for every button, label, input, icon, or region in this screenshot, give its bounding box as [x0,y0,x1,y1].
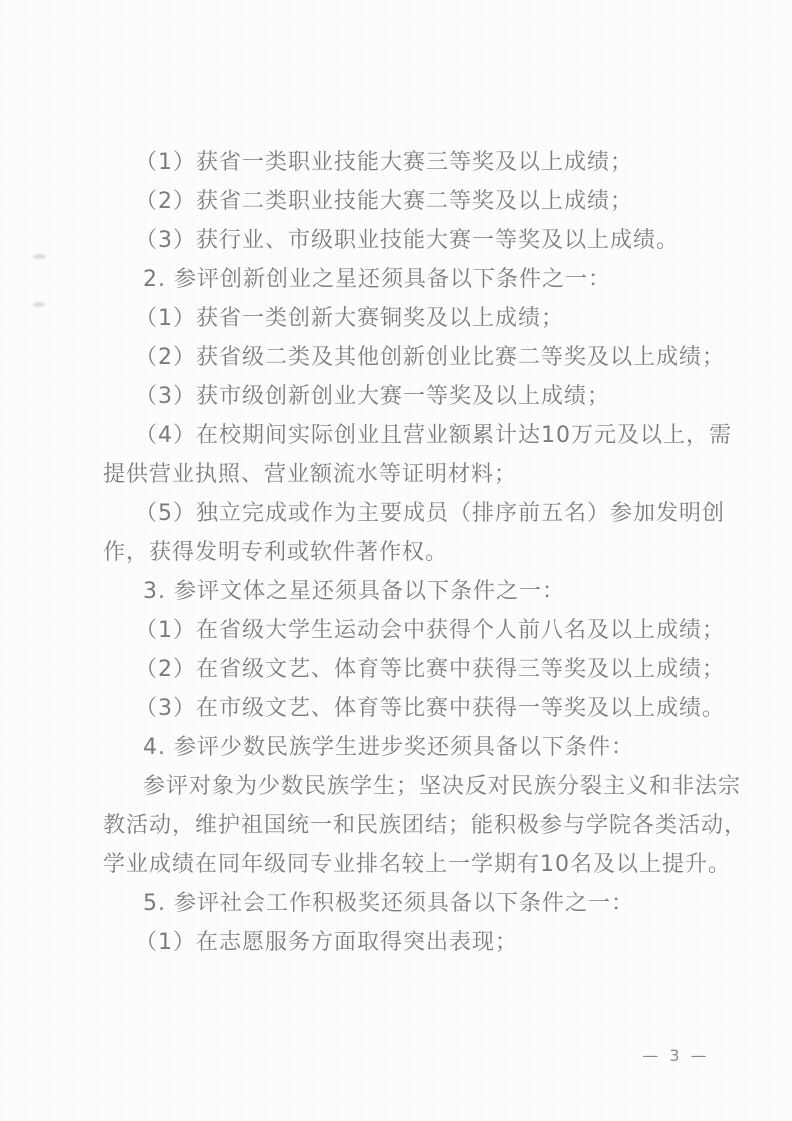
text-line: （1）获省一类职业技能大赛三等奖及以上成绩； [103,143,703,182]
text-line: 3. 参评文体之星还须具备以下条件之一： [103,572,703,611]
document-page: （1）获省一类职业技能大赛三等奖及以上成绩； （2）获省二类职业技能大赛二等奖及… [0,0,792,1121]
text-line: 2. 参评创新创业之星还须具备以下条件之一： [103,260,703,299]
text-line: （3）在市级文艺、体育等比赛中获得一等奖及以上成绩。 [103,689,703,728]
text-line: 参评对象为少数民族学生；坚决反对民族分裂主义和非法宗 [103,767,703,806]
text-line: （2）获省二类职业技能大赛二等奖及以上成绩； [103,182,703,221]
text-line: 提供营业执照、营业额流水等证明材料； [103,455,703,494]
text-line: （2）获省级二类及其他创新创业比赛二等奖及以上成绩； [103,338,703,377]
scan-smudge-artifact [33,302,45,307]
text-line: 5. 参评社会工作积极奖还须具备以下条件之一： [103,884,703,923]
document-body: （1）获省一类职业技能大赛三等奖及以上成绩； （2）获省二类职业技能大赛二等奖及… [103,143,703,962]
text-line: （1）获省一类创新大赛铜奖及以上成绩； [103,299,703,338]
text-line: （5）独立完成或作为主要成员（排序前五名）参加发明创 [103,494,703,533]
text-line: （2）在省级文艺、体育等比赛中获得三等奖及以上成绩； [103,650,703,689]
text-line: （3）获市级创新创业大赛一等奖及以上成绩； [103,377,703,416]
text-line: （1）在省级大学生运动会中获得个人前八名及以上成绩； [103,611,703,650]
text-line: （4）在校期间实际创业且营业额累计达10万元及以上，需 [103,416,703,455]
text-line: （1）在志愿服务方面取得突出表现； [103,923,703,962]
text-line: 教活动，维护祖国统一和民族团结；能积极参与学院各类活动， [103,806,703,845]
text-line: 学业成绩在同年级同专业排名较上一学期有10名及以上提升。 [103,845,703,884]
text-line: 作，获得发明专利或软件著作权。 [103,533,703,572]
text-line: （3）获行业、市级职业技能大赛一等奖及以上成绩。 [103,221,703,260]
scan-smudge-artifact [33,254,46,259]
page-number: — 3 — [616,1044,736,1068]
text-line: 4. 参评少数民族学生进步奖还须具备以下条件： [103,728,703,767]
